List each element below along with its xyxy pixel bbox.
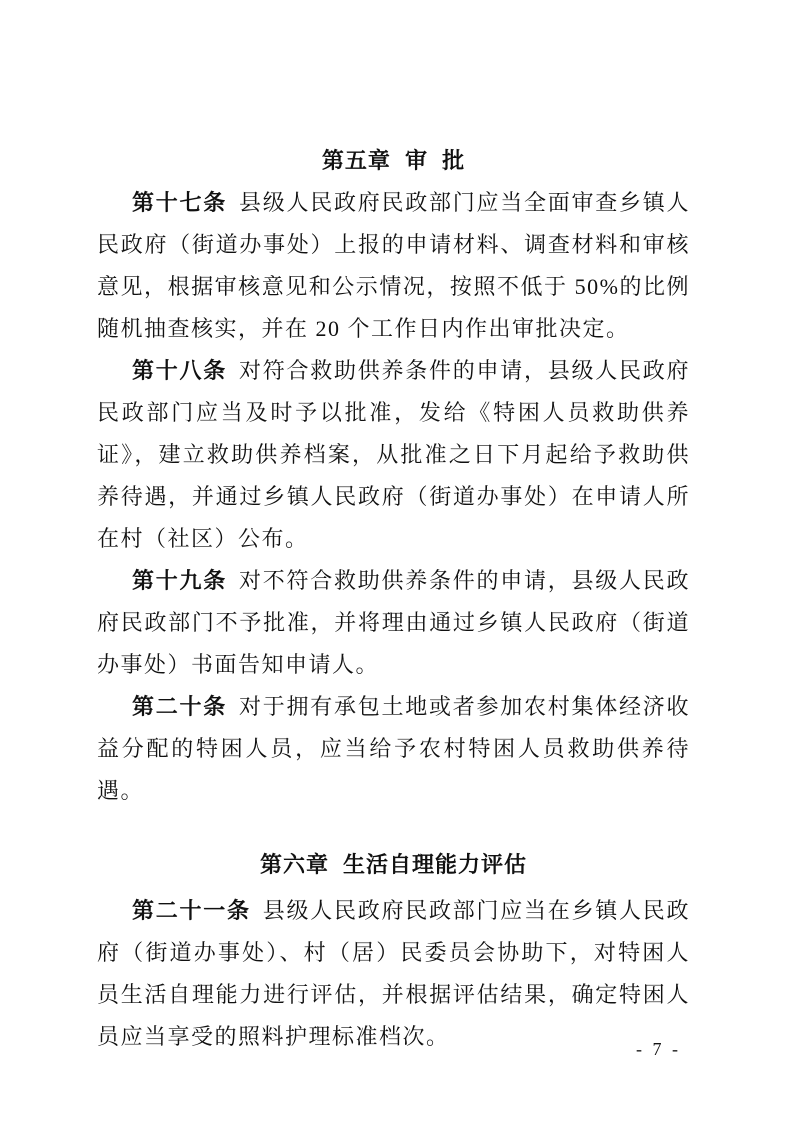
chapter-6-heading: 第六章 生活自理能力评估: [97, 844, 690, 886]
article-18-number: 第十八条: [132, 358, 227, 383]
article-21-number: 第二十一条: [132, 898, 251, 923]
document-body: 第五章 审 批 第十七条县级人民政府民政部门应当全面审查乡镇人民政府（街道办事处…: [97, 140, 690, 1058]
article-17-number: 第十七条: [132, 190, 227, 215]
article-20-number: 第二十条: [132, 694, 227, 719]
article-21: 第二十一条县级人民政府民政部门应当在乡镇人民政府（街道办事处）、村（居）民委员会…: [97, 890, 690, 1058]
chapter-5-heading: 第五章 审 批: [97, 140, 690, 182]
article-17: 第十七条县级人民政府民政部门应当全面审查乡镇人民政府（街道办事处）上报的申请材料…: [97, 182, 690, 350]
article-19: 第十九条对不符合救助供养条件的申请，县级人民政府民政部门不予批准，并将理由通过乡…: [97, 560, 690, 686]
document-page: 第五章 审 批 第十七条县级人民政府民政部门应当全面审查乡镇人民政府（街道办事处…: [0, 0, 793, 1123]
article-18: 第十八条对符合救助供养条件的申请，县级人民政府民政部门应当及时予以批准，发给《特…: [97, 350, 690, 560]
article-19-number: 第十九条: [132, 568, 227, 593]
page-number: - 7 -: [636, 1036, 681, 1062]
article-20: 第二十条对于拥有承包土地或者参加农村集体经济收益分配的特困人员，应当给予农村特困…: [97, 686, 690, 812]
article-18-text: 对符合救助供养条件的申请，县级人民政府民政部门应当及时予以批准，发给《特困人员救…: [97, 358, 690, 551]
